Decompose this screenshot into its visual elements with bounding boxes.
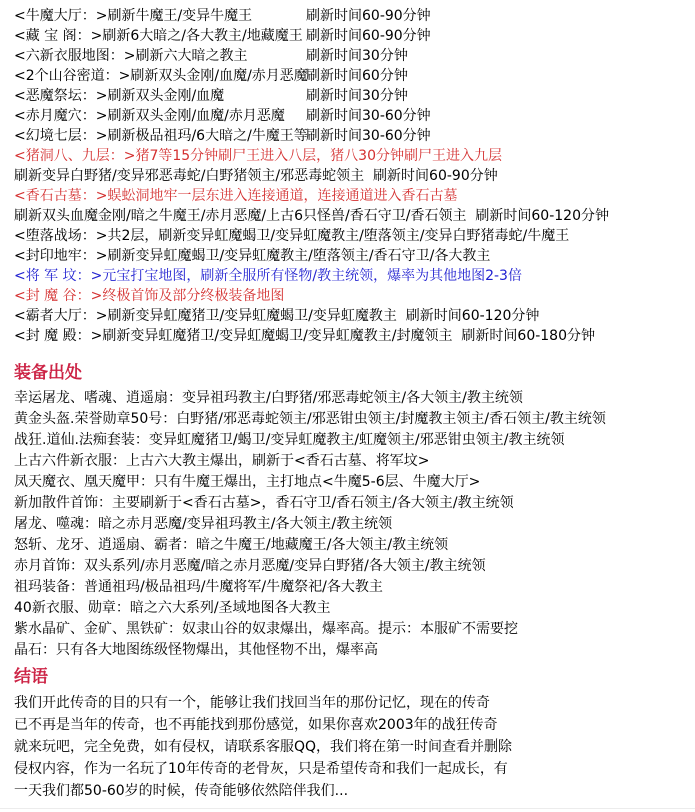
equipment-source-list: 幸运屠龙、嗜魂、逍遥扇：变异祖玛教主/白野猪/邪恶毒蛇领主/各大领主/教主统领 … [0,388,695,661]
map-row-text: <藏 宝 阁：>刷新6大暗之/各大教主/地藏魔王 [14,28,303,44]
map-refresh-row: <2个山谷密道：>刷新双头金刚/血魔/赤月恶魔刷新时间60分钟 [14,66,695,86]
conclusion-line: 已不再是当年的传奇，也不再能找到那份感觉，如果你喜欢2003年的战狂传奇 [14,714,695,736]
map-refresh-row: 刷新双头血魔金刚/暗之牛魔王/赤月恶魔/上古6只怪兽/香石守卫/香石领主 刷新时… [14,206,695,226]
map-row-text: 刷新变异白野猪/变异邪恶毒蛇/白野猪领主/邪恶毒蛇领主 刷新时间60-90分钟 [14,168,498,184]
equipment-row: 新加散件首饰：主要刷新于<香石古墓>，香石守卫/香石领主/各大领主/教主统领 [14,493,695,514]
map-row-text: <幻境七层：>刷新极品祖玛/6大暗之/牛魔王等 [14,128,308,144]
conclusion-line: 一天我们都50-60岁的时候，传奇能够依然陪伴我们... [14,780,695,802]
map-refresh-row-highlight: <封 魔 谷：>终极首饰及部分终极装备地图 [14,286,695,306]
refresh-time: 刷新时间60分钟 [306,66,408,86]
refresh-time: 刷新时间60-90分钟 [306,26,431,46]
map-row-text: <堕落战场：>共2层，刷新变异虹魔蝎卫/变异虹魔教主/堕落领主/变异白野猪毒蛇/… [14,228,569,244]
map-refresh-row: <牛魔大厅：>刷新牛魔王/变异牛魔王刷新时间60-90分钟 [14,6,695,26]
map-refresh-list: <牛魔大厅：>刷新牛魔王/变异牛魔王刷新时间60-90分钟 <藏 宝 阁：>刷新… [0,0,695,346]
conclusion-line: 就来玩吧，完全免费，如有侵权，请联系客服QQ，我们将在第一时间查看并删除 [14,736,695,758]
equipment-section-title: 装备出处 [14,362,695,384]
equipment-row: 上古六件新衣服：上古六大教主爆出，刷新于<香石古墓、将军坟> [14,451,695,472]
map-refresh-row: <六新衣服地图：>刷新六大暗之教主刷新时间30分钟 [14,46,695,66]
map-refresh-row: <幻境七层：>刷新极品祖玛/6大暗之/牛魔王等刷新时间30-60分钟 [14,126,695,146]
equipment-row: 40新衣服、勋章：暗之六大系列/圣域地图各大教主 [14,598,695,619]
refresh-time: 刷新时间30分钟 [306,86,408,106]
map-refresh-row: <封印地牢：>刷新变异虹魔蝎卫/变异虹魔教主/堕落领主/香石守卫/各大教主 [14,246,695,266]
equipment-row: 屠龙、噬魂：暗之赤月恶魔/变异祖玛教主/各大领主/教主统领 [14,514,695,535]
equipment-row: 怒斩、龙牙、逍遥扇、霸者：暗之牛魔王/地藏魔王/各大领主/教主统领 [14,535,695,556]
equipment-row: 黄金头盔.荣誉勋章50号：白野猪/邪恶毒蛇领主/邪恶钳虫领主/封魔教主领主/香石… [14,409,695,430]
map-row-text: <封 魔 谷：>终极首饰及部分终极装备地图 [14,288,284,304]
equipment-row: 幸运屠龙、嗜魂、逍遥扇：变异祖玛教主/白野猪/邪恶毒蛇领主/各大领主/教主统领 [14,388,695,409]
equipment-row: 凤天魔衣、凰天魔甲：只有牛魔王爆出，主打地点<牛魔5-6层、牛魔大厅> [14,472,695,493]
conclusion-line: 我们开此传奇的目的只有一个，能够让我们找回当年的那份记忆，现在的传奇 [14,692,695,714]
equipment-row: 战狂.道仙.法痴套装：变异虹魔猪卫/蝎卫/变异虹魔教主/虹魔领主/邪恶钳虫领主/… [14,430,695,451]
map-row-text: <赤月魔穴：>刷新双头金刚/血魔/赤月恶魔 [14,108,285,124]
map-row-text: 刷新双头血魔金刚/暗之牛魔王/赤月恶魔/上古6只怪兽/香石守卫/香石领主 刷新时… [14,208,609,224]
map-row-text: <六新衣服地图：>刷新六大暗之教主 [14,48,247,64]
map-refresh-row-highlight: <猪洞八、九层：>猪7等15分钟刷尸王进入八层，猪八30分钟刷尸王进入九层 [14,146,695,166]
map-row-text: <恶魔祭坛：>刷新双头金刚/血魔 [14,88,224,104]
page: <牛魔大厅：>刷新牛魔王/变异牛魔王刷新时间60-90分钟 <藏 宝 阁：>刷新… [0,0,695,812]
map-refresh-row: 刷新变异白野猪/变异邪恶毒蛇/白野猪领主/邪恶毒蛇领主 刷新时间60-90分钟 [14,166,695,186]
equipment-row: 祖玛装备：普通祖玛/极品祖玛/牛魔将军/牛魔祭祀/各大教主 [14,577,695,598]
map-row-text: <猪洞八、九层：>猪7等15分钟刷尸王进入八层，猪八30分钟刷尸王进入九层 [14,148,502,164]
map-row-text: <将 军 坟：>元宝打宝地图，刷新全服所有怪物/教主统领，爆率为其他地图2-3倍 [14,268,522,284]
map-refresh-row: <封 魔 殿：>刷新变异虹魔猪卫/变异虹魔蝎卫/变异虹魔教主/封魔领主 刷新时间… [14,326,695,346]
bottom-divider [0,808,695,809]
map-row-text: <霸者大厅：>刷新变异虹魔猪卫/变异虹魔蝎卫/变异虹魔教主 刷新时间60-120… [14,308,539,324]
map-row-text: <2个山谷密道：>刷新双头金刚/血魔/赤月恶魔 [14,68,308,84]
conclusion-section-title: 结语 [14,666,695,688]
map-refresh-row: <恶魔祭坛：>刷新双头金刚/血魔刷新时间30分钟 [14,86,695,106]
map-refresh-row: <赤月魔穴：>刷新双头金刚/血魔/赤月恶魔刷新时间30-60分钟 [14,106,695,126]
conclusion-paragraph: 我们开此传奇的目的只有一个，能够让我们找回当年的那份记忆，现在的传奇 已不再是当… [0,692,695,802]
equipment-row: 紫水晶矿、金矿、黑铁矿：奴隶山谷的奴隶爆出，爆率高。提示：本服矿不需要挖 [14,619,695,640]
map-row-text: <封印地牢：>刷新变异虹魔蝎卫/变异虹魔教主/堕落领主/香石守卫/各大教主 [14,248,490,264]
map-refresh-row: <堕落战场：>共2层，刷新变异虹魔蝎卫/变异虹魔教主/堕落领主/变异白野猪毒蛇/… [14,226,695,246]
equipment-row: 晶石：只有各大地图练级怪物爆出，其他怪物不出，爆率高 [14,640,695,661]
refresh-time: 刷新时间30分钟 [306,46,408,66]
map-refresh-row: <霸者大厅：>刷新变异虹魔猪卫/变异虹魔蝎卫/变异虹魔教主 刷新时间60-120… [14,306,695,326]
map-row-text: <牛魔大厅：>刷新牛魔王/变异牛魔王 [14,8,252,24]
map-row-text: <香石古墓：>蜈蚣洞地牢一层东进入连接通道，连接通道进入香石古墓 [14,188,457,204]
map-refresh-row-highlight: <将 军 坟：>元宝打宝地图，刷新全服所有怪物/教主统领，爆率为其他地图2-3倍 [14,266,695,286]
refresh-time: 刷新时间30-60分钟 [306,106,431,126]
refresh-time: 刷新时间60-90分钟 [306,6,431,26]
map-row-text: <封 魔 殿：>刷新变异虹魔猪卫/变异虹魔蝎卫/变异虹魔教主/封魔领主 刷新时间… [14,328,595,344]
equipment-row: 赤月首饰：双头系列/赤月恶魔/暗之赤月恶魔/变异白野猪/各大领主/教主统领 [14,556,695,577]
map-refresh-row-highlight: <香石古墓：>蜈蚣洞地牢一层东进入连接通道，连接通道进入香石古墓 [14,186,695,206]
map-refresh-row: <藏 宝 阁：>刷新6大暗之/各大教主/地藏魔王刷新时间60-90分钟 [14,26,695,46]
refresh-time: 刷新时间30-60分钟 [306,126,431,146]
conclusion-line: 侵权内容，作为一名玩了10年传奇的老骨灰，只是希望传奇和我们一起成长，有 [14,758,695,780]
